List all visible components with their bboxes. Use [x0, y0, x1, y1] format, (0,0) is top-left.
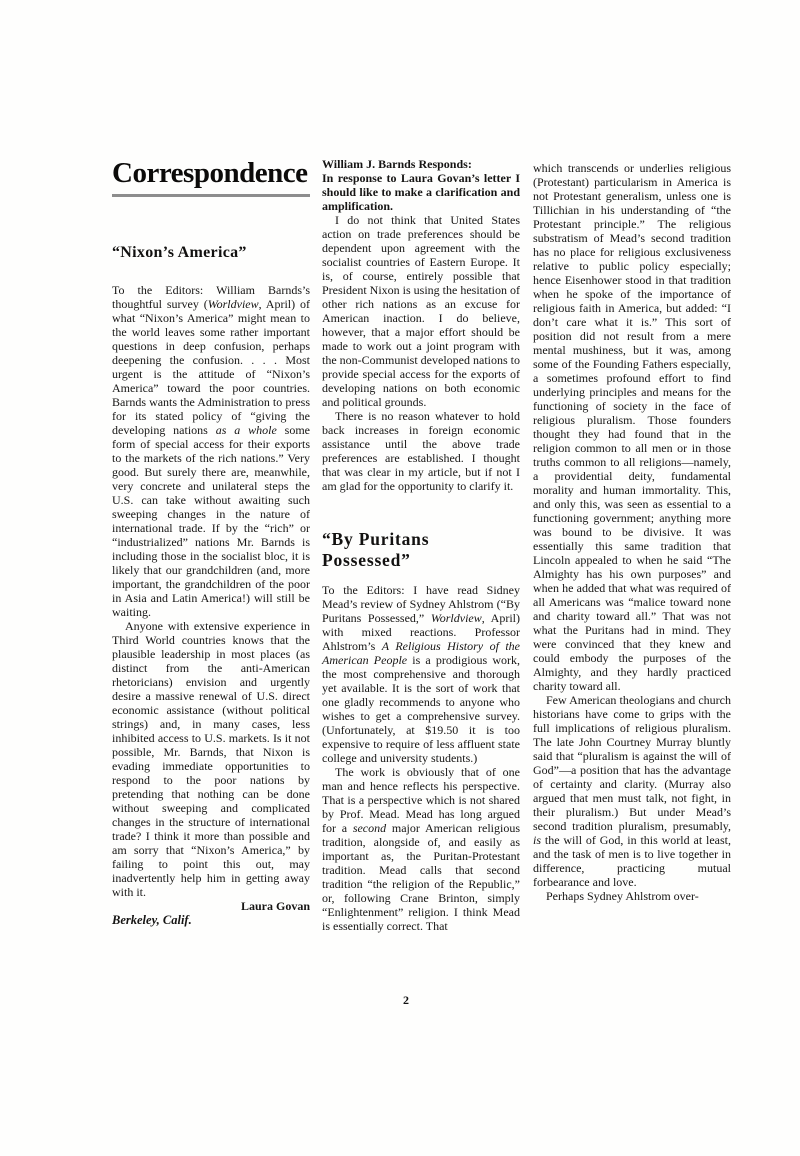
responds-heading: William J. Barnds Responds: [322, 157, 520, 171]
letter-heading-by-puritans-possessed: “By Puritans Possessed” [322, 529, 520, 571]
column-2: William J. Barnds Responds: In response … [322, 157, 520, 933]
letter-paragraph: Anyone with extensive experience in Thir… [112, 619, 310, 899]
title-rule [112, 194, 310, 197]
letter-heading-nixons-america: “Nixon’s America” [112, 243, 310, 262]
letter-paragraph: To the Editors: William Barnds’s thought… [112, 283, 310, 619]
letter-paragraph: Few American theologians and church hist… [533, 693, 731, 889]
letter-paragraph: which transcends or underlies religious … [533, 161, 731, 693]
column-3: which transcends or underlies religious … [533, 161, 731, 903]
magazine-page: Correspondence “Nixon’s America” To the … [0, 0, 800, 1156]
response-paragraph: I do not think that United States action… [322, 213, 520, 409]
page-number: 2 [0, 993, 800, 1008]
responds-intro: In response to Laura Govan’s letter I sh… [322, 171, 520, 213]
letter-paragraph: Perhaps Sydney Ahlstrom over- [533, 889, 731, 903]
column-1: Correspondence “Nixon’s America” To the … [112, 156, 310, 928]
letter-paragraph: The work is obviously that of one man an… [322, 765, 520, 933]
signature-name: Laura Govan [112, 899, 310, 913]
response-paragraph: There is no reason whatever to hold back… [322, 409, 520, 493]
signature-location: Berkeley, Calif. [112, 913, 310, 928]
page-title: Correspondence [112, 156, 310, 190]
letter-paragraph: To the Editors: I have read Sidney Mead’… [322, 583, 520, 765]
